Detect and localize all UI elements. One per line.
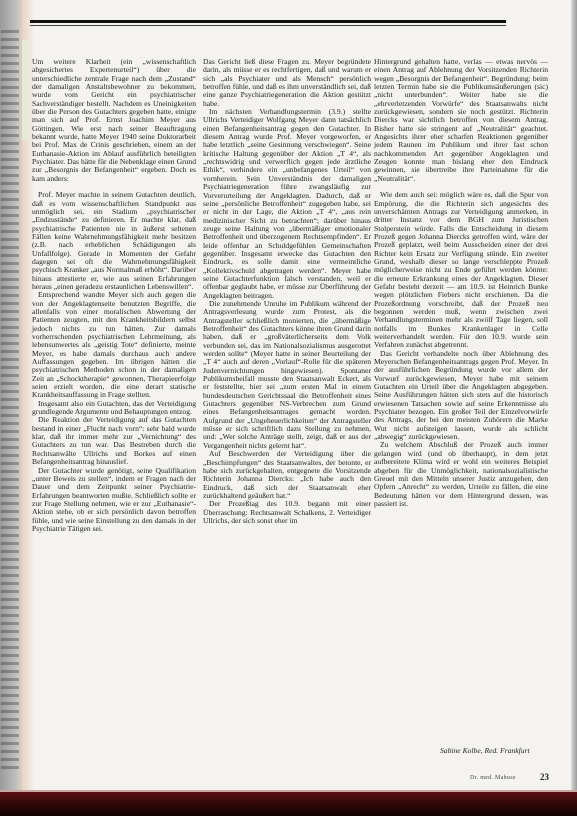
paragraph: Entsprechend wandte Meyer sich auch gege…	[32, 291, 196, 399]
paragraph: Um weitere Klarheit (ein „wissenschaftli…	[32, 58, 196, 183]
adjacent-page-edge	[0, 0, 22, 790]
paragraph: Prof. Meyer machte in seinem Gutachten d…	[32, 191, 196, 291]
gutter-tint	[22, 40, 30, 140]
paragraph: Der Gutachter wurde genötigt, seine Qual…	[32, 467, 196, 534]
paragraph: Der Prozeßtag des 10.9. begann mit einer…	[203, 500, 371, 525]
page-right-edge	[571, 0, 577, 790]
publication-name: Dr. med. Mabuse	[470, 775, 516, 781]
paragraph: Zu welchem Abschluß der Prozeß auch imme…	[374, 441, 548, 508]
article-column-2: Das Gericht ließ diese Fragen zu. Meyer …	[203, 58, 371, 525]
paragraph: Auf Beschwerden der Verteidigung über di…	[203, 450, 371, 500]
author-signature: Sabine Kolbe, Red. Frankfurt	[440, 746, 530, 755]
paragraph: Die zunehmende Unruhe im Publikum währen…	[203, 300, 371, 450]
page-number: 23	[540, 772, 549, 782]
paragraph: Das Gericht verhandelte noch über Ablehn…	[374, 350, 548, 442]
header-rule	[30, 20, 506, 23]
header-rule-thin	[30, 25, 506, 26]
paragraph: Hintergrund gehalten hatte, verlas — etw…	[374, 58, 548, 183]
paragraph: Insgesamt also ein Gutachten, das der Ve…	[32, 400, 196, 417]
adjacent-page-text	[1, 30, 19, 770]
paragraph: Die Reaktion der Verteidigung auf das Gu…	[32, 416, 196, 466]
paragraph: Das Gericht ließ diese Fragen zu. Meyer …	[203, 58, 371, 108]
book-cover-edge	[0, 792, 577, 816]
paragraph: Im nächsten Verhandlungstermin (3.9.) st…	[203, 108, 371, 300]
article-column-3: Hintergrund gehalten hatte, verlas — etw…	[374, 58, 548, 508]
article-column-1: Um weitere Klarheit (ein „wissenschaftli…	[32, 58, 196, 533]
paragraph: Wie dem auch sei: möglich wäre es, daß d…	[374, 191, 548, 350]
